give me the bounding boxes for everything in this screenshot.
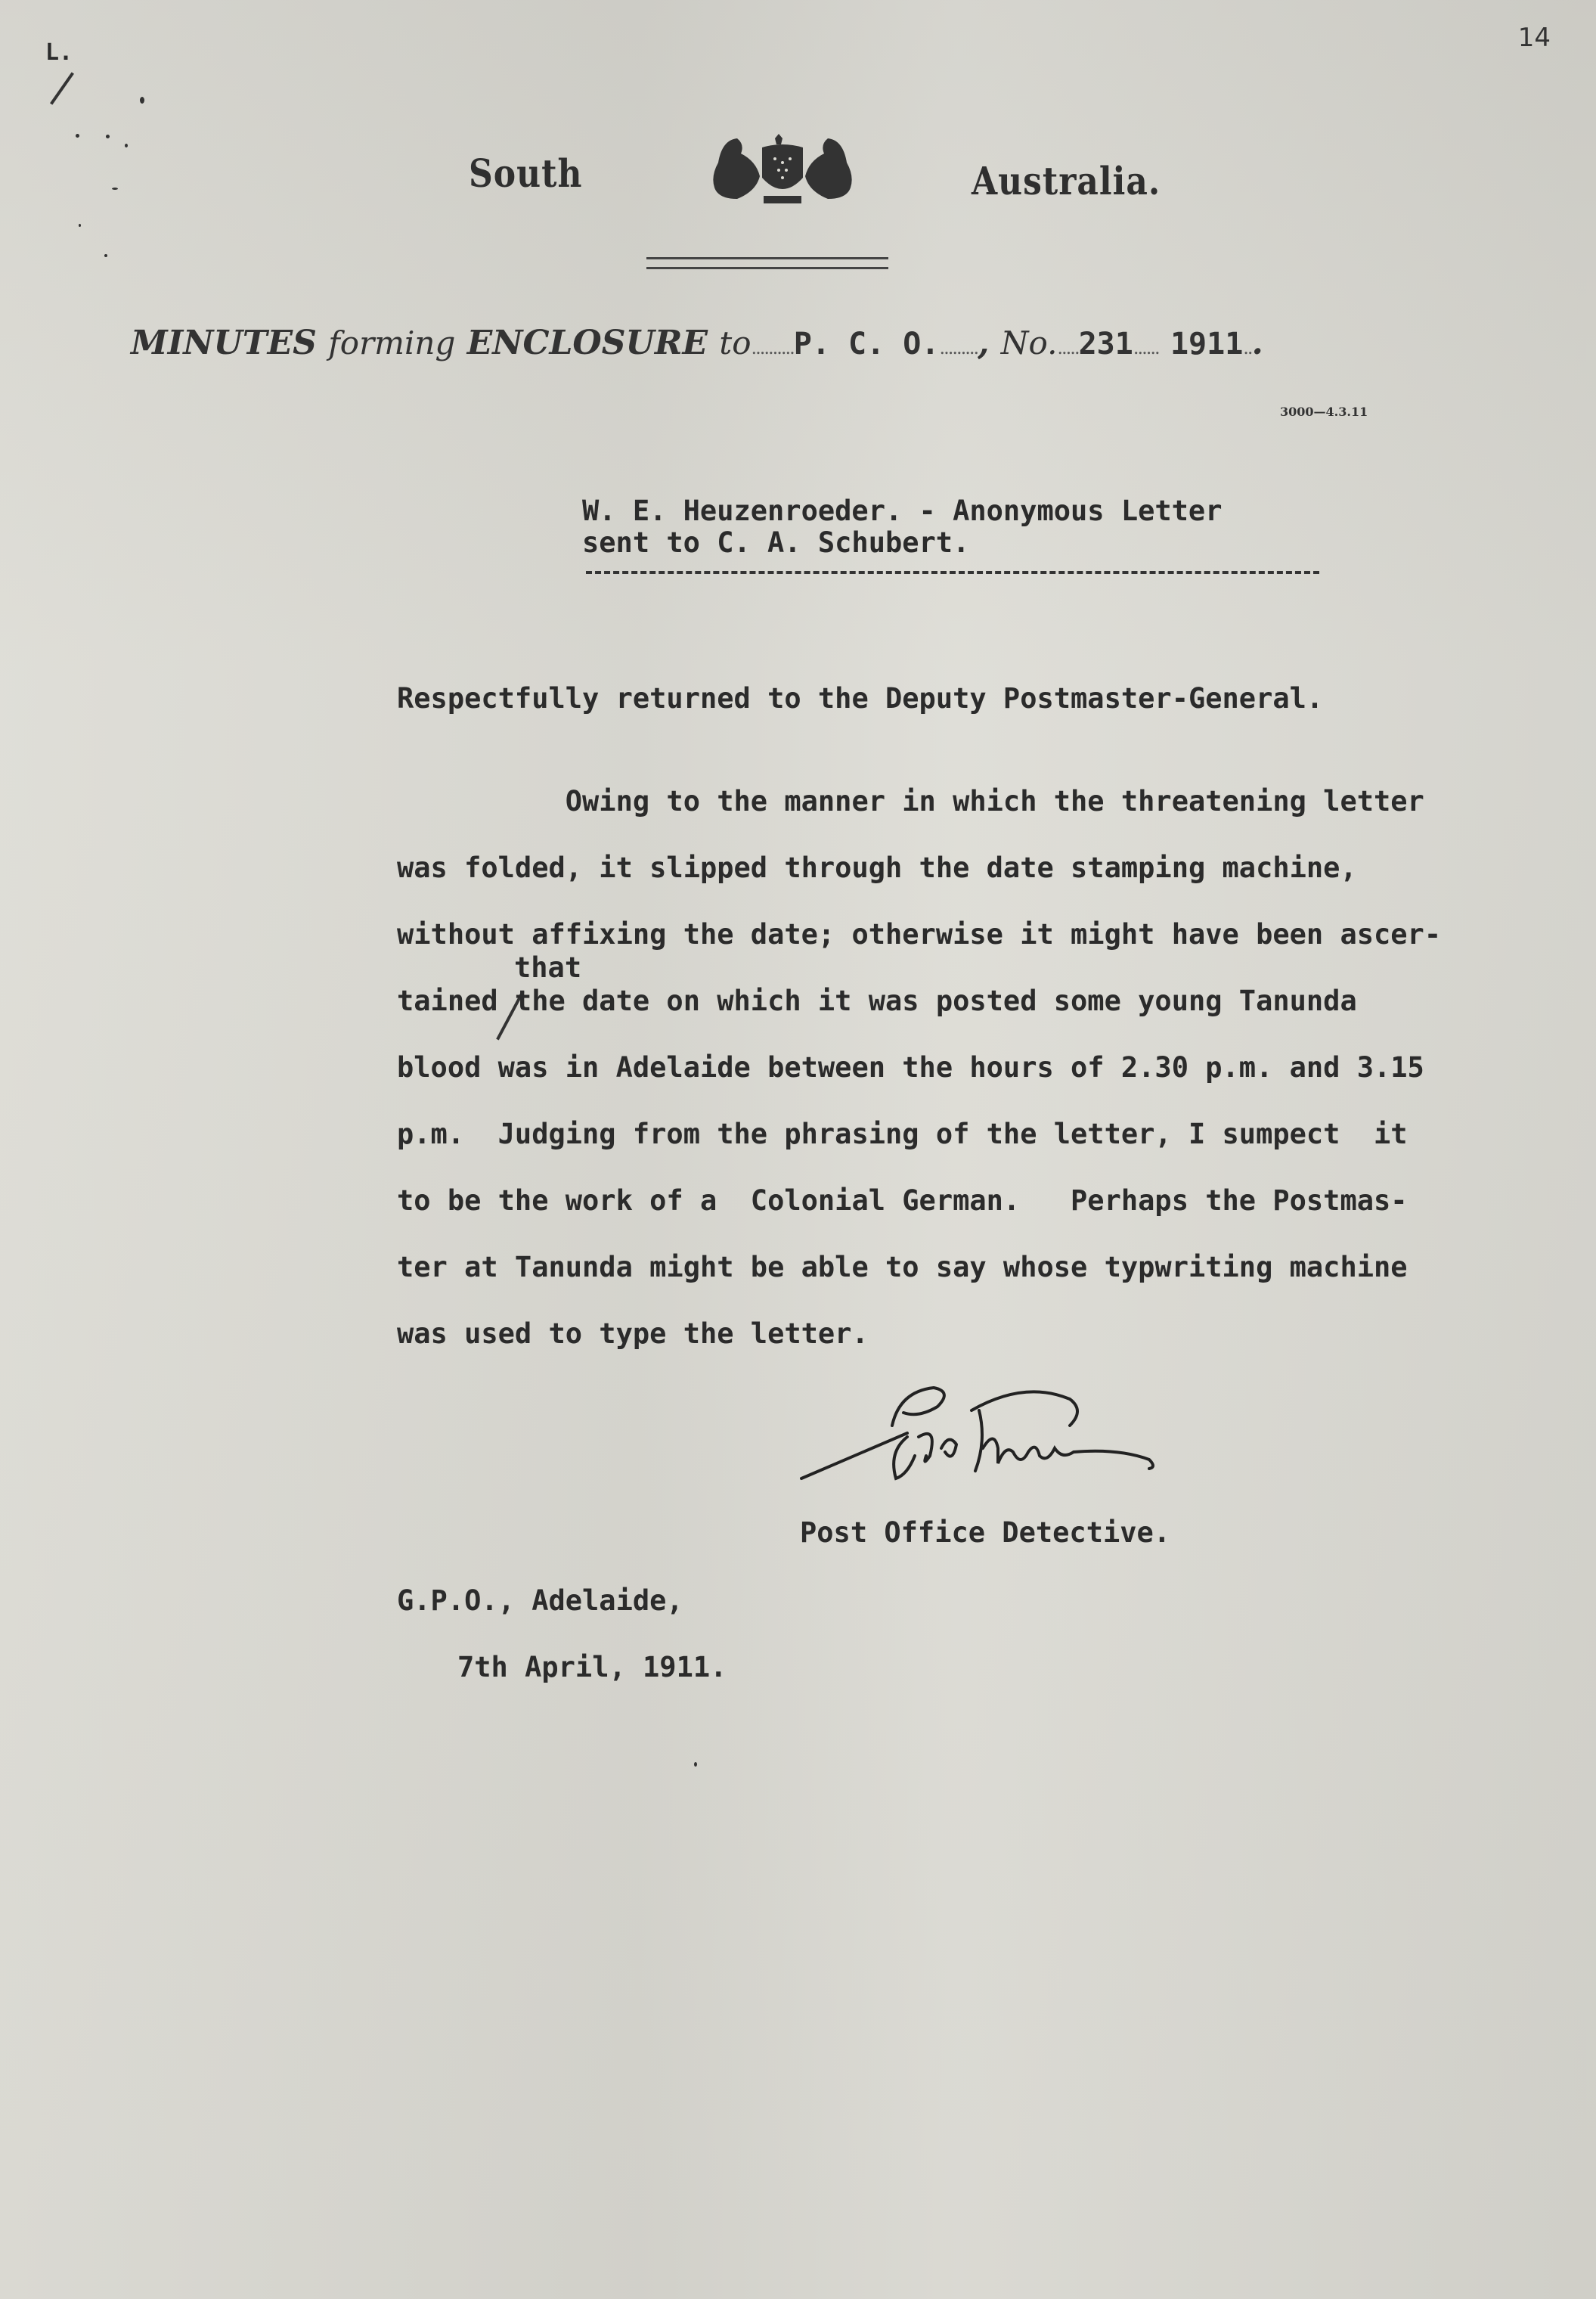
subject-line-2: sent to C. A. Schubert. — [582, 526, 969, 559]
form-print-code: 3000—4.3.11 — [1280, 405, 1368, 419]
year-prefix: 19 — [1170, 327, 1207, 361]
label-minutes: MINUTES — [131, 324, 317, 362]
body-line-3: without affixing the date; otherwise it … — [397, 918, 1441, 951]
label-number: No. — [1001, 324, 1058, 361]
subject-heading: W. E. Heuzenroeder. - Anonymous Letter s… — [582, 495, 1222, 559]
year-value: 11 — [1207, 327, 1243, 361]
body-line-7: to be the work of a Colonial German. Per… — [397, 1184, 1408, 1218]
handwritten-signature — [794, 1365, 1247, 1486]
label-forming: forming — [328, 324, 455, 361]
ink-speck — [104, 254, 107, 257]
label-enclosure: ENCLOSURE — [467, 324, 708, 362]
ink-speck — [112, 188, 118, 190]
folio-number: 14 — [1518, 23, 1551, 53]
ink-speck — [694, 1762, 697, 1767]
coat-of-arms-icon — [703, 132, 862, 208]
subject-line-1: W. E. Heuzenroeder. - Anonymous Letter — [582, 495, 1222, 527]
date-line: 7th April, 1911. — [457, 1651, 727, 1683]
body-line-1: Owing to the manner in which the threate… — [397, 785, 1424, 818]
place-line: G.P.O., Adelaide, — [397, 1584, 683, 1617]
letterhead-south: South — [469, 152, 582, 197]
subject-underline — [586, 571, 1319, 574]
body-line-9: was used to type the letter. — [397, 1317, 869, 1351]
signatory-title: Post Office Detective. — [800, 1516, 1170, 1549]
ink-speck — [79, 224, 81, 227]
body-line-8: ter at Tanunda might be able to say whos… — [397, 1251, 1408, 1284]
body-line-4: tained the date on which it was posted s… — [397, 985, 1357, 1018]
body-line-6: p.m. Judging from the phrasing of the le… — [397, 1118, 1408, 1151]
enclosure-to-value: P. C. O. — [794, 327, 940, 361]
enclosure-number-value: 231 — [1079, 327, 1133, 361]
ink-speck — [106, 135, 110, 138]
body-line-2: was folded, it slipped through the date … — [397, 852, 1357, 885]
ink-speck — [140, 97, 144, 104]
ink-speck — [76, 134, 79, 138]
interlinear-insert: that — [514, 951, 581, 984]
minutes-form-line: MINUTES forming ENCLOSURE to..........P.… — [131, 324, 1263, 362]
ink-speck — [125, 144, 128, 147]
margin-reference-mark: L. — [45, 39, 73, 66]
letterhead-australia: Australia. — [972, 160, 1161, 204]
label-to: to — [719, 324, 751, 361]
body-line-5: blood was in Adelaide between the hours … — [397, 1051, 1424, 1084]
margin-tick-mark — [50, 72, 74, 104]
letterhead-double-rule — [646, 257, 888, 269]
opening-line: Respectfully returned to the Deputy Post… — [397, 682, 1323, 715]
